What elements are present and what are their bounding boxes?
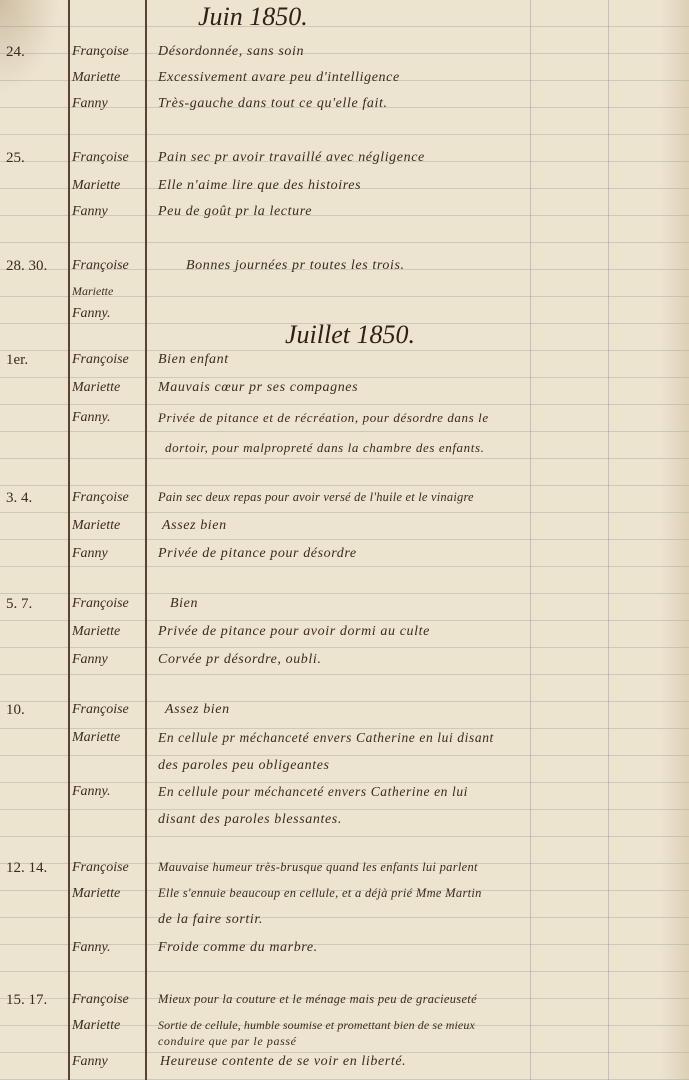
remark: Privée de pitance et de récréation, pour… xyxy=(158,410,489,426)
name-francoise: Françoise xyxy=(72,258,129,274)
name-francoise: Françoise xyxy=(72,44,129,60)
remark: Pain sec pr avoir travaillé avec néglige… xyxy=(158,150,425,166)
remark: Froide comme du marbre. xyxy=(158,940,318,956)
remark: Corvée pr désordre, oubli. xyxy=(158,652,322,668)
name-francoise: Françoise xyxy=(72,860,129,876)
entry-date: 5. 7. xyxy=(6,596,32,613)
entry-date: 1er. xyxy=(6,352,28,369)
name-francoise: Françoise xyxy=(72,490,129,506)
name-francoise: Françoise xyxy=(72,150,129,166)
name-fanny: Fanny. xyxy=(72,940,111,956)
remark: Sortie de cellule, humble soumise et pro… xyxy=(158,1018,475,1033)
remark: Bien xyxy=(170,596,198,612)
name-francoise: Françoise xyxy=(72,992,129,1008)
name-fanny: Fanny xyxy=(72,546,108,562)
remark: Mieux pour la couture et le ménage mais … xyxy=(158,992,477,1007)
remark: Désordonnée, sans soin xyxy=(158,44,304,60)
month-heading-juillet: Juillet 1850. xyxy=(285,320,415,350)
remark: Excessivement avare peu d'intelligence xyxy=(158,70,400,86)
name-fanny: Fanny. xyxy=(72,784,111,800)
name-mariette: Mariette xyxy=(72,624,120,640)
entry-date: 25. xyxy=(6,150,25,167)
remark: Heureuse contente de se voir en liberté. xyxy=(160,1054,406,1070)
ledger-page: Juin 1850. 24. Françoise Désordonnée, sa… xyxy=(0,0,689,1080)
remark: Bonnes journées pr toutes les trois. xyxy=(186,258,405,274)
remark-continuation: dortoir, pour malpropreté dans la chambr… xyxy=(165,440,484,456)
remark-continuation: disant des paroles blessantes. xyxy=(158,812,342,828)
name-francoise: Françoise xyxy=(72,702,129,718)
name-mariette: Mariette xyxy=(72,70,120,86)
remark-continuation: des paroles peu obligeantes xyxy=(158,758,330,774)
name-fanny: Fanny. xyxy=(72,306,111,322)
remark: Privée de pitance pour désordre xyxy=(158,546,357,562)
remark: Peu de goût pr la lecture xyxy=(158,204,312,220)
remark: Assez bien xyxy=(162,518,227,534)
entry-date: 10. xyxy=(6,702,25,719)
name-fanny: Fanny xyxy=(72,204,108,220)
remark: Pain sec deux repas pour avoir versé de … xyxy=(158,490,474,505)
name-fanny: Fanny xyxy=(72,96,108,112)
name-mariette: Mariette xyxy=(72,1018,120,1034)
entry-date: 28. 30. xyxy=(6,258,47,275)
name-fanny: Fanny xyxy=(72,1054,108,1070)
entry-date: 12. 14. xyxy=(6,860,47,877)
remark-continuation: de la faire sortir. xyxy=(158,912,263,928)
month-heading-juin: Juin 1850. xyxy=(198,2,308,32)
name-mariette: Mariette xyxy=(72,730,120,746)
remark: Bien enfant xyxy=(158,352,229,368)
name-mariette: Mariette xyxy=(72,380,120,396)
name-mariette: Mariette xyxy=(72,178,120,194)
remark: Mauvaise humeur très-brusque quand les e… xyxy=(158,860,478,875)
entry-date: 3. 4. xyxy=(6,490,32,507)
remark: Privée de pitance pour avoir dormi au cu… xyxy=(158,624,430,640)
name-fanny: Fanny xyxy=(72,652,108,668)
name-fanny: Fanny. xyxy=(72,410,111,426)
name-francoise: Françoise xyxy=(72,596,129,612)
name-column-rule xyxy=(145,0,147,1080)
name-francoise: Françoise xyxy=(72,352,129,368)
name-mariette: Mariette xyxy=(72,886,120,902)
remark: Mauvais cœur pr ses compagnes xyxy=(158,380,358,396)
entry-date: 24. xyxy=(6,44,25,61)
entry-date: 15. 17. xyxy=(6,992,47,1009)
remark: Assez bien xyxy=(165,702,230,718)
remark: En cellule pr méchanceté envers Catherin… xyxy=(158,730,494,746)
date-column-rule xyxy=(68,0,70,1080)
remark-continuation: conduire que par le passé xyxy=(158,1034,297,1049)
remark: Elle s'ennuie beaucoup en cellule, et a … xyxy=(158,886,482,901)
remark: Très-gauche dans tout ce qu'elle fait. xyxy=(158,96,388,112)
column-guide xyxy=(530,0,531,1080)
column-guide xyxy=(608,0,609,1080)
remark: Elle n'aime lire que des histoires xyxy=(158,178,361,194)
remark: En cellule pour méchanceté envers Cather… xyxy=(158,784,468,800)
name-mariette: Mariette xyxy=(72,518,120,534)
name-mariette: Mariette xyxy=(72,284,113,299)
